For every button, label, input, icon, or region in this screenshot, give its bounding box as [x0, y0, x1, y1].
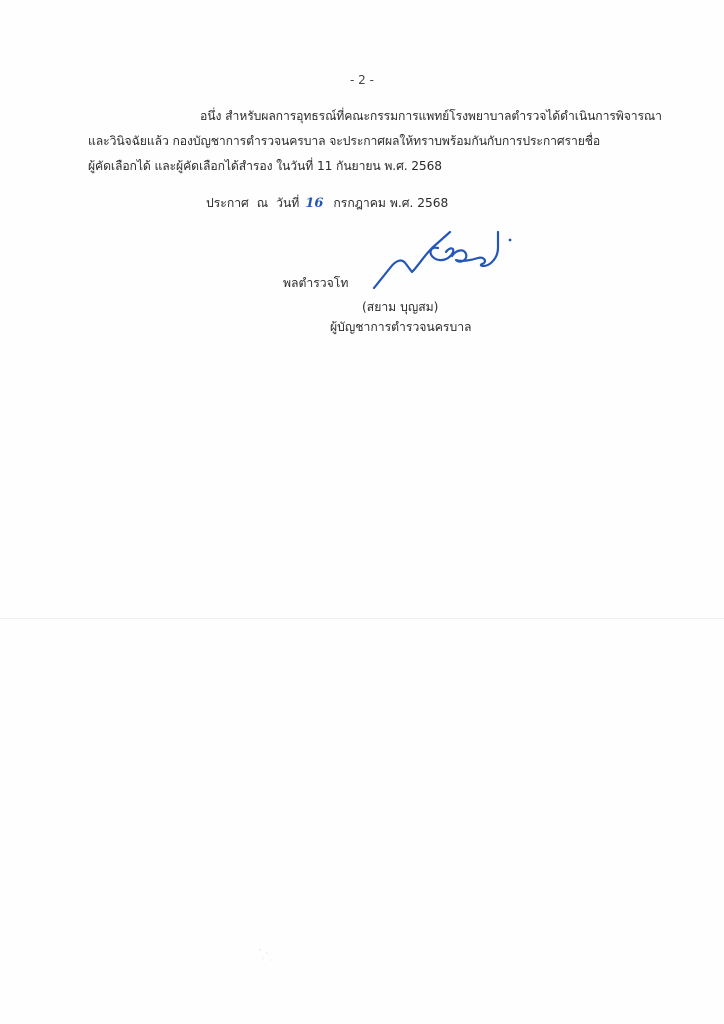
- paragraph-line-1: อนึ่ง สำหรับผลการอุทธรณ์ที่คณะกรรมการแพท…: [200, 107, 662, 126]
- paragraph-line-3: ผู้คัดเลือกได้ และผู้คัดเลือกได้สำรอง ใน…: [88, 157, 442, 176]
- announcement-date-label: วันที่: [276, 196, 299, 210]
- page-number: - 2 -: [0, 73, 724, 87]
- announcement-date-line: ประกาศณวันที่16กรกฎาคม พ.ศ. 2568: [206, 194, 448, 213]
- document-page: - 2 - อนึ่ง สำหรับผลการอุทธรณ์ที่คณะกรรม…: [0, 0, 724, 1024]
- announcement-at: ณ: [257, 196, 268, 210]
- signatory-position: ผู้บัญชาการตำรวจนครบาล: [330, 318, 472, 337]
- paragraph-line-2: และวินิจฉัยแล้ว กองบัญชาการตำรวจนครบาล จ…: [88, 132, 600, 151]
- announcement-prefix: ประกาศ: [206, 196, 249, 210]
- scan-fold-line: [0, 618, 724, 619]
- handwritten-day: 16: [305, 196, 323, 211]
- signatory-rank: พลตำรวจโท: [283, 274, 348, 293]
- signature-icon: [372, 218, 522, 293]
- scan-noise-mark: [255, 945, 277, 963]
- signatory-name: (สยาม บุญสม): [362, 298, 438, 317]
- announcement-month-year: กรกฎาคม พ.ศ. 2568: [333, 196, 448, 210]
